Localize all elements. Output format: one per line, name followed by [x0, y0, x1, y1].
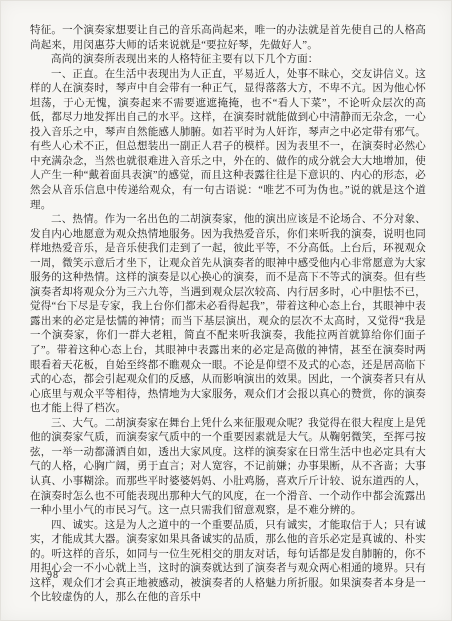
paragraph-point-1-integrity: 一、正直。在生活中表现出为人正直，平易近人，处事不昧心，交友讲信义。这样的人在演… — [30, 68, 426, 213]
page-text-block: 特征。一个演奏家想要让自己的音乐高尚起来，唯一的办法就是首先使自己的人格高尚起来… — [30, 24, 426, 606]
paragraph-point-3-magnanimity: 三、大气。二胡演奏家在舞台上凭什么来征服观众呢？我觉得在很大程度上是凭他的演奏家… — [30, 417, 426, 519]
paragraph-point-4-honesty: 四、诚实。这是为人之道中的一个重要品质，只有诚实，才能取信于人；只有诚实，才能成… — [30, 519, 426, 606]
page-number: 98 — [47, 570, 59, 581]
paragraph-intro: 高尚的演奏所表现出来的人格特征主要有以下几个方面： — [30, 53, 426, 68]
paragraph-continuation: 特征。一个演奏家想要让自己的音乐高尚起来，唯一的办法就是首先使自己的人格高尚起来… — [30, 24, 426, 53]
paragraph-point-2-enthusiasm: 二、热情。作为一名出色的二胡演奏家，他的演出应该是不论场合、不分对象、发自内心地… — [30, 213, 426, 417]
book-page: 特征。一个演奏家想要让自己的音乐高尚起来，唯一的办法就是首先使自己的人格高尚起来… — [0, 0, 452, 621]
